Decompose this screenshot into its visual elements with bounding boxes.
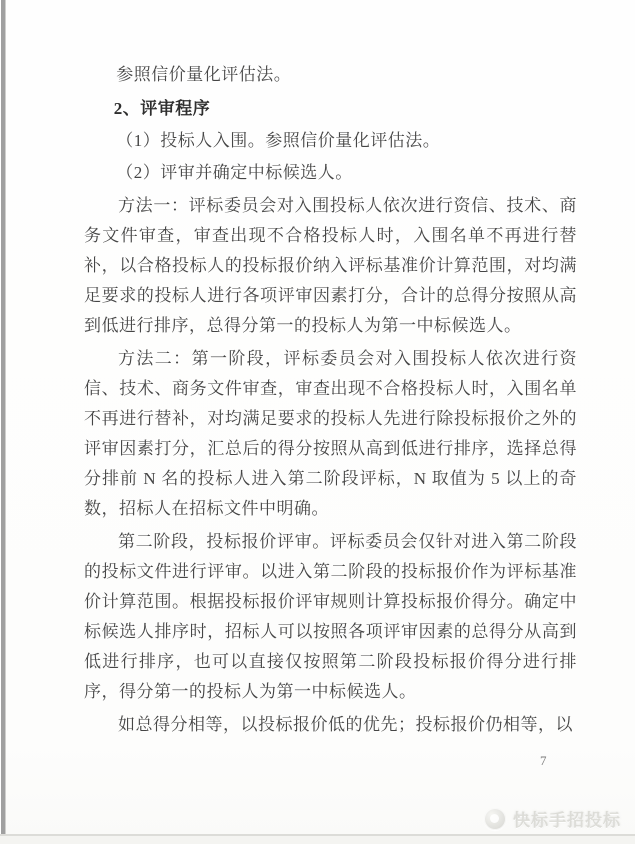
watermark-label: 快标手招投标 xyxy=(513,806,621,831)
list-item-1: （1）投标人入围。参照信价量化评估法。 xyxy=(84,126,577,156)
paragraph-stage-two: 第二阶段，投标报价评审。评标委员会仅针对进入第二阶段的投标文件进行评审。以进入第… xyxy=(84,527,577,707)
watermark: 快标手招投标 xyxy=(484,806,621,831)
list-item-2: （2）评审并确定中标候选人。 xyxy=(84,158,577,188)
intro-line: 参照信价量化评估法。 xyxy=(84,60,577,90)
page-number: 7 xyxy=(540,753,547,769)
document-content: 参照信价量化评估法。 2、评审程序 （1）投标人入围。参照信价量化评估法。 （2… xyxy=(84,60,577,740)
scan-bottom-edge xyxy=(0,834,635,844)
scanned-page: 参照信价量化评估法。 2、评审程序 （1）投标人入围。参照信价量化评估法。 （2… xyxy=(0,0,635,844)
paragraph-method-one: 方法一：评标委员会对入围投标人依次进行资信、技术、商务文件审查，审查出现不合格投… xyxy=(84,191,577,341)
paragraph-tiebreak: 如总得分相等，以投标报价低的优先；投标报价仍相等，以 xyxy=(84,710,577,740)
section-heading: 2、评审程序 xyxy=(84,94,577,124)
paragraph-method-two: 方法二：第一阶段，评标委员会对入围投标人依次进行资信、技术、商务文件审查，审查出… xyxy=(84,344,577,524)
kuaibiaoshou-logo-icon xyxy=(484,808,506,830)
scan-left-edge xyxy=(0,0,6,844)
